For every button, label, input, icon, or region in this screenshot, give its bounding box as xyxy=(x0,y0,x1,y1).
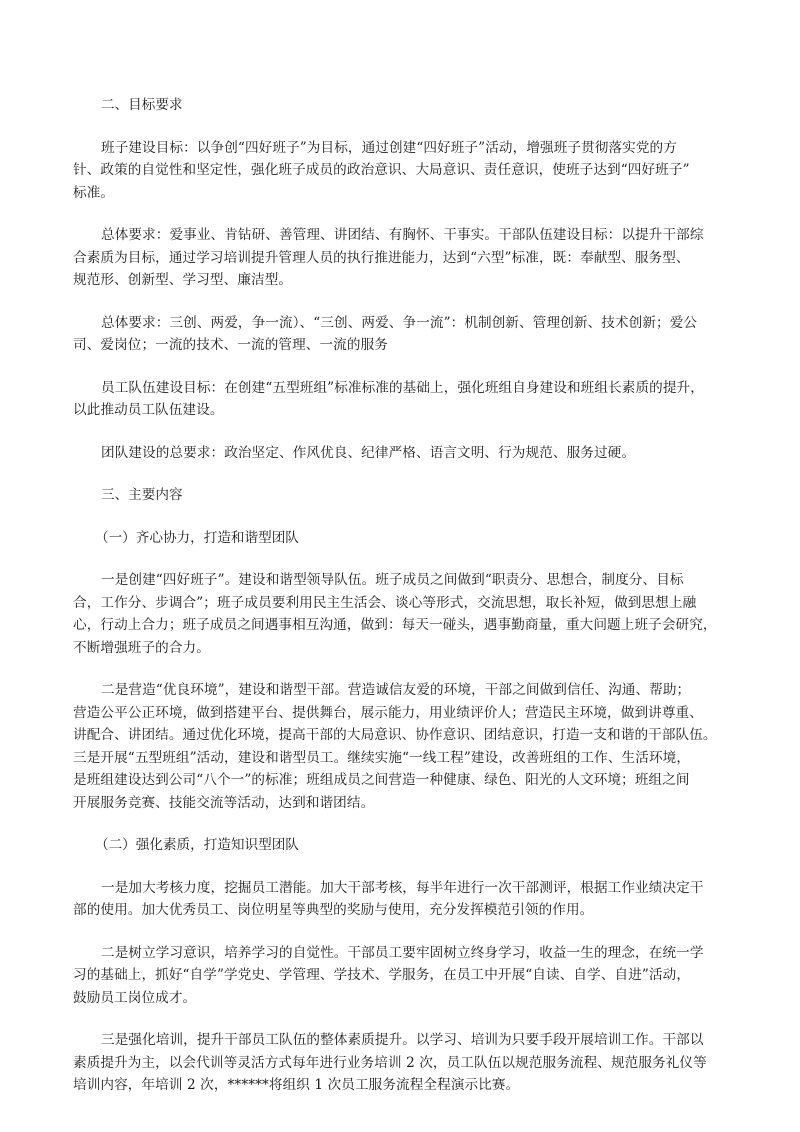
paragraph-line: 合，工作分、步调合”；班子成员要利用民主生活会、谈心等形式，交流思想，取长补短，… xyxy=(73,592,733,615)
subsection-knowledge-body: 一是加大考核力度，挖掘员工潜能。加大干部考核，每半年进行一次干部测评，根据工作业… xyxy=(73,877,733,1097)
paragraph: 二是营造“优良环境”，建设和谐型干部。营造诚信友爱的环境，干部之间做到信任、沟通… xyxy=(73,679,733,814)
paragraph-line: 班子建设目标：以争创“四好班子”为目标，通过创建“四好班子”活动，增强班子贯彻落… xyxy=(73,137,733,160)
subsection-heading-knowledge: （二）强化素质，打造知识型团队 xyxy=(73,834,733,857)
paragraph: 团队建设的总要求：政治坚定、作风优良、纪律严格、语言文明、行为规范、服务过硬。 xyxy=(73,442,733,465)
paragraph-line: 针、政策的自觉性和坚定性，强化班子成员的政治意识、大局意识、责任意识，使班子达到… xyxy=(73,159,733,182)
paragraph-line: 二是树立学习意识，培养学习的自觉性。干部员工要牢固树立终身学习，收益一生的理念，… xyxy=(73,942,733,965)
paragraph-line: 总体要求：三创、两爱，争一流）、“三创、两爱、争一流”：机制创新、管理创新、技术… xyxy=(73,312,733,335)
document-page: 二、目标要求 班子建设目标：以争创“四好班子”为目标，通过创建“四好班子”活动，… xyxy=(73,94,733,1117)
paragraph-line: 部的使用。加大优秀员工、岗位明星等典型的奖励与使用，充分发挥模范引领的作用。 xyxy=(73,899,733,922)
paragraph-line: 三是开展“五型班组”活动，建设和谐型员工。继续实施“一线工程”建设，改善班组的工… xyxy=(73,747,733,770)
paragraph-line: 以此推动员工队伍建设。 xyxy=(73,399,733,422)
paragraph-line: 不断增强班子的合力。 xyxy=(73,637,733,660)
paragraph: 总体要求：爱事业、肯钻研、善管理、讲团结、有胸怀、干事实。干部队伍建设目标：以提… xyxy=(73,224,733,292)
paragraph-line: 是班组建设达到公司“八个一”的标准；班组成员之间营造一种健康、绿色、阳光的人文环… xyxy=(73,769,733,792)
subsection-harmony-body: 一是创建“四好班子”。建设和谐型领导队伍。班子成员之间做到“职责分、思想合，制度… xyxy=(73,569,733,814)
section-goals-body: 班子建设目标：以争创“四好班子”为目标，通过创建“四好班子”活动，增强班子贯彻落… xyxy=(73,137,733,465)
paragraph-line: 习的基础上，抓好“自学”学党史、学管理、学技术、学服务，在员工中开展“自读、自学… xyxy=(73,964,733,987)
paragraph-line: 合素质为目标，通过学习培训提升管理人员的执行推进能力，达到“六型”标准，既：奉献… xyxy=(73,247,733,270)
paragraph-line: 培训内容，年培训 2 次，******将组织 1 次员工服务流程全程演示比赛。 xyxy=(73,1074,733,1097)
paragraph: 一是加大考核力度，挖掘员工潜能。加大干部考核，每半年进行一次干部测评，根据工作业… xyxy=(73,877,733,922)
paragraph-line: 讲配合、讲团结。通过优化环境，提高干部的大局意识、协作意识、团结意识，打造一支和… xyxy=(73,724,733,747)
paragraph-line: 营造公平公正环境，做到搭建平台、提供舞台，展示能力，用业绩评价人；营造民主环境，… xyxy=(73,702,733,725)
paragraph-line: 总体要求：爱事业、肯钻研、善管理、讲团结、有胸怀、干事实。干部队伍建设目标：以提… xyxy=(73,224,733,247)
section-heading-main-content: 三、主要内容 xyxy=(73,484,733,507)
paragraph-line: 一是加大考核力度，挖掘员工潜能。加大干部考核，每半年进行一次干部测评，根据工作业… xyxy=(73,877,733,900)
paragraph-line: 员工队伍建设目标：在创建“五型班组”标准标准的基础上，强化班组自身建设和班组长素… xyxy=(73,377,733,400)
paragraph: 三是强化培训，提升干部员工队伍的整体素质提升。以学习、培训为只要手段开展培训工作… xyxy=(73,1029,733,1097)
paragraph: 总体要求：三创、两爱，争一流）、“三创、两爱、争一流”：机制创新、管理创新、技术… xyxy=(73,312,733,357)
section-heading-goals: 二、目标要求 xyxy=(73,94,733,117)
paragraph-line: 素质提升为主，以会代训等灵活方式每年进行业务培训 2 次，员工队伍以规范服务流程… xyxy=(73,1052,733,1075)
paragraph-line: 开展服务竞赛、技能交流等活动，达到和谐团结。 xyxy=(73,792,733,815)
paragraph-line: 司、爱岗位；一流的技术、一流的管理、一流的服务 xyxy=(73,334,733,357)
paragraph-line: 团队建设的总要求：政治坚定、作风优良、纪律严格、语言文明、行为规范、服务过硬。 xyxy=(73,442,733,465)
paragraph: 一是创建“四好班子”。建设和谐型领导队伍。班子成员之间做到“职责分、思想合，制度… xyxy=(73,569,733,659)
paragraph-line: 标准。 xyxy=(73,182,733,205)
paragraph-line: 二是营造“优良环境”，建设和谐型干部。营造诚信友爱的环境，干部之间做到信任、沟通… xyxy=(73,679,733,702)
subsection-heading-harmony: （一）齐心协力，打造和谐型团队 xyxy=(73,527,733,550)
paragraph-line: 鼓励员工岗位成才。 xyxy=(73,987,733,1010)
paragraph-line: 心，行动上合力；班子成员之间遇事相互沟通，做到：每天一碰头，遇事勤商量，重大问题… xyxy=(73,614,733,637)
paragraph: 班子建设目标：以争创“四好班子”为目标，通过创建“四好班子”活动，增强班子贯彻落… xyxy=(73,137,733,205)
paragraph-line: 一是创建“四好班子”。建设和谐型领导队伍。班子成员之间做到“职责分、思想合，制度… xyxy=(73,569,733,592)
paragraph-line: 三是强化培训，提升干部员工队伍的整体素质提升。以学习、培训为只要手段开展培训工作… xyxy=(73,1029,733,1052)
paragraph: 二是树立学习意识，培养学习的自觉性。干部员工要牢固树立终身学习，收益一生的理念，… xyxy=(73,942,733,1010)
paragraph: 员工队伍建设目标：在创建“五型班组”标准标准的基础上，强化班组自身建设和班组长素… xyxy=(73,377,733,422)
paragraph-line: 规范形、创新型、学习型、廉洁型。 xyxy=(73,269,733,292)
